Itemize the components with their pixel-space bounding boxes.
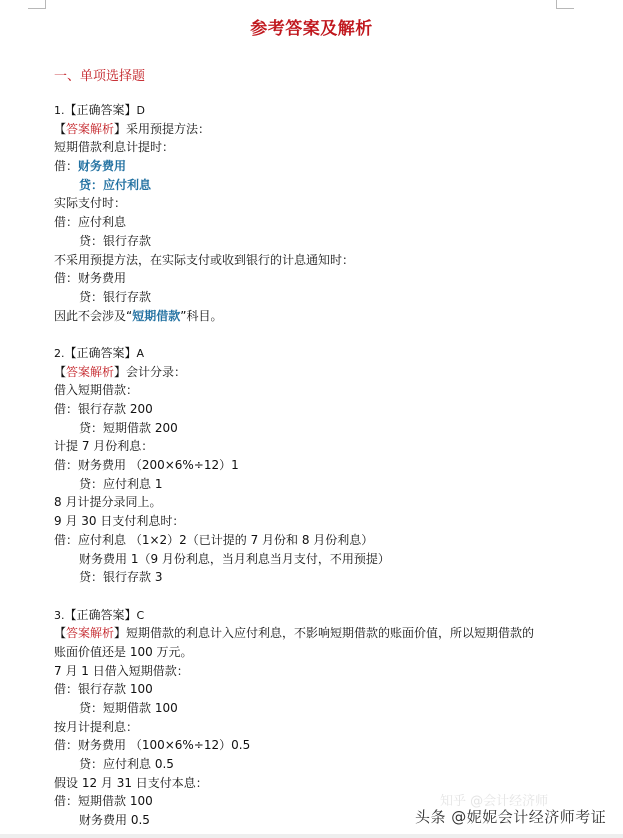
conclusion-post: ”科目。 xyxy=(180,309,222,323)
correct-answer: A xyxy=(137,347,145,360)
spacer xyxy=(54,587,614,606)
entry-line: 借：财务费用 （200×6%÷12）1 xyxy=(54,456,614,475)
conclusion-line: 因此不会涉及“短期借款”科目。 xyxy=(54,307,614,326)
bracket-close: 】 xyxy=(114,626,126,640)
analysis-label: 答案解析 xyxy=(66,365,114,379)
debit-prefix: 借： xyxy=(54,159,78,173)
entry-line: 贷：应付利息 0.5 xyxy=(54,755,614,774)
entry-line: 贷：银行存款 xyxy=(54,288,614,307)
highlighted-account: 财务费用 xyxy=(78,159,126,173)
entry-line: 财务费用 1（9 月份利息，当月利息当月支付，不用预提） xyxy=(54,550,614,569)
question-number: 1. xyxy=(54,104,65,117)
answer-label: 【正确答案】 xyxy=(65,346,137,360)
entry-line: 9 月 30 日支付利息时： xyxy=(54,512,614,531)
document-body: 1.【正确答案】D 【答案解析】采用预提方法： 短期借款利息计提时： 借：财务费… xyxy=(54,101,614,830)
analysis-label: 答案解析 xyxy=(66,122,114,136)
entry-line: 借：银行存款 100 xyxy=(54,680,614,699)
analysis-line: 【答案解析】会计分录： xyxy=(54,363,614,382)
answer-label: 【正确答案】 xyxy=(65,608,137,622)
answer-line: 3.【正确答案】C xyxy=(54,606,614,625)
entry-line: 借：应付利息 xyxy=(54,213,614,232)
entry-line-highlighted: 贷：应付利息 xyxy=(54,176,614,195)
analysis-label: 答案解析 xyxy=(66,626,114,640)
entry-line: 贷：银行存款 3 xyxy=(54,568,614,587)
question-1: 1.【正确答案】D 【答案解析】采用预提方法： 短期借款利息计提时： 借：财务费… xyxy=(54,101,614,325)
entry-line: 借：财务费用 xyxy=(54,269,614,288)
question-2: 2.【正确答案】A 【答案解析】会计分录： 借入短期借款： 借：银行存款 200… xyxy=(54,344,614,587)
document-title: 参考答案及解析 xyxy=(0,14,623,39)
section-heading: 一、单项选择题 xyxy=(54,65,145,84)
entry-line: 按月计提利息： xyxy=(54,718,614,737)
answer-label: 【正确答案】 xyxy=(65,103,137,117)
entry-line: 不采用预提方法，在实际支付或收到银行的计息通知时： xyxy=(54,251,614,270)
question-number: 3. xyxy=(54,609,65,622)
page-corner-mark-left xyxy=(28,0,46,9)
entry-line: 实际支付时： xyxy=(54,194,614,213)
entry-line: 借：银行存款 200 xyxy=(54,400,614,419)
highlighted-account: 短期借款 xyxy=(132,309,180,323)
bracket-close: 】 xyxy=(114,365,126,379)
conclusion-pre: 因此不会涉及“ xyxy=(54,309,132,323)
entry-line: 贷：银行存款 xyxy=(54,232,614,251)
question-number: 2. xyxy=(54,347,65,360)
entry-line: 借：财务费用 xyxy=(54,157,614,176)
analysis-text: 短期借款的利息计入应付利息，不影响短期借款的账面价值，所以短期借款的 xyxy=(126,626,534,640)
watermark: 头条 @妮妮会计经济师考证 xyxy=(415,806,606,827)
entry-line: 8 月计提分录同上。 xyxy=(54,493,614,512)
analysis-line: 【答案解析】采用预提方法： xyxy=(54,120,614,139)
analysis-text: 采用预提方法： xyxy=(126,122,210,136)
answer-line: 1.【正确答案】D xyxy=(54,101,614,120)
analysis-line: 【答案解析】短期借款的利息计入应付利息，不影响短期借款的账面价值，所以短期借款的 xyxy=(54,624,614,643)
entry-line: 账面价值还是 100 万元。 xyxy=(54,643,614,662)
bracket-open: 【 xyxy=(54,626,66,640)
entry-line: 7 月 1 日借入短期借款： xyxy=(54,662,614,681)
entry-line: 借：财务费用 （100×6%÷12）0.5 xyxy=(54,736,614,755)
bracket-open: 【 xyxy=(54,365,66,379)
answer-line: 2.【正确答案】A xyxy=(54,344,614,363)
bracket-open: 【 xyxy=(54,122,66,136)
bottom-border xyxy=(0,834,623,838)
analysis-text: 会计分录： xyxy=(126,365,186,379)
bracket-close: 】 xyxy=(114,122,126,136)
spacer xyxy=(54,325,614,344)
correct-answer: D xyxy=(137,104,145,117)
entry-line: 计提 7 月份利息： xyxy=(54,437,614,456)
page-corner-mark-right xyxy=(556,0,574,9)
entry-line: 借入短期借款： xyxy=(54,381,614,400)
entry-line: 贷：短期借款 200 xyxy=(54,419,614,438)
correct-answer: C xyxy=(137,609,145,622)
entry-line: 短期借款利息计提时： xyxy=(54,138,614,157)
entry-line: 贷：短期借款 100 xyxy=(54,699,614,718)
entry-line: 借：应付利息 （1×2）2（已计提的 7 月份和 8 月份利息） xyxy=(54,531,614,550)
entry-line: 贷：应付利息 1 xyxy=(54,475,614,494)
